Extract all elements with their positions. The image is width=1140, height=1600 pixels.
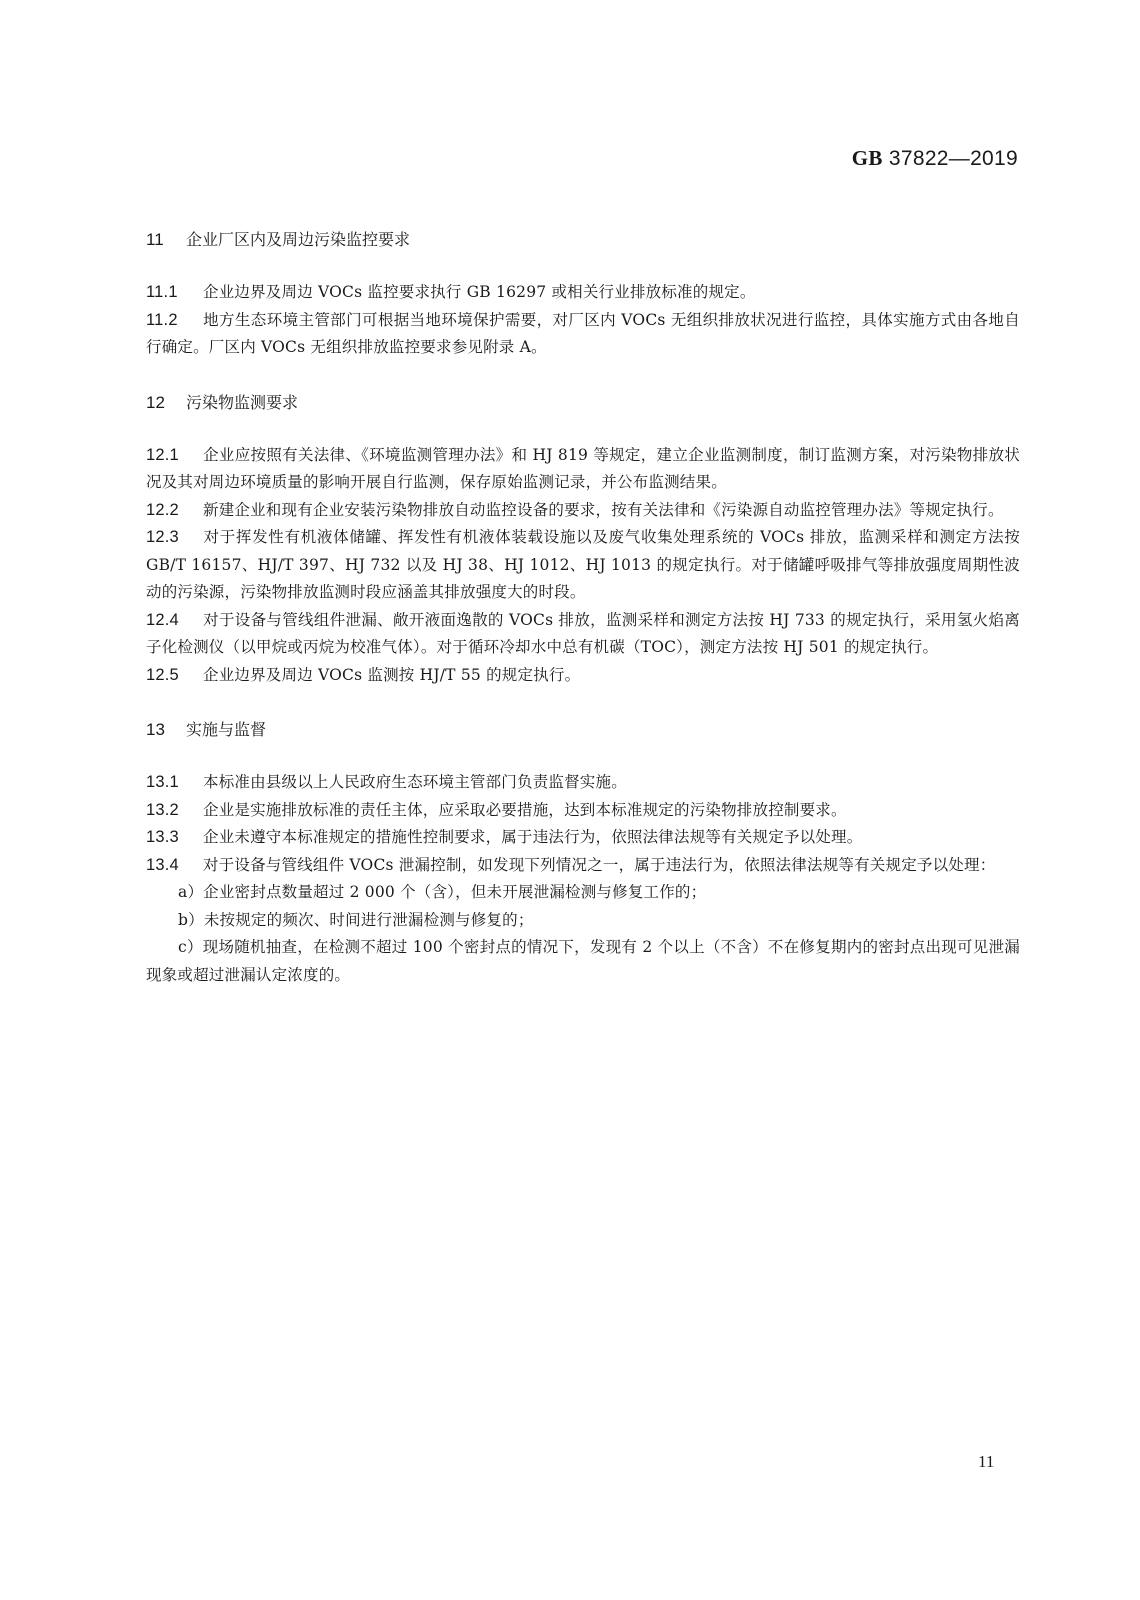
clause-text: 本标准由县级以上人民政府生态环境主管部门负责监督实施。	[203, 773, 627, 791]
clause-text: 企业应按照有关法律、《环境监测管理办法》和 HJ 819 等规定，建立企业监测制…	[146, 446, 1020, 492]
clause-12-3: 12.3对于挥发性有机液体储罐、挥发性有机液体装载设施以及废气收集处理系统的 V…	[146, 524, 1020, 607]
clause-12-1: 12.1企业应按照有关法律、《环境监测管理办法》和 HJ 819 等规定，建立企…	[146, 442, 1020, 497]
clause-number: 11.2	[146, 307, 203, 335]
clause-number: 12.2	[146, 497, 203, 525]
clause-13-3: 13.3企业未遵守本标准规定的措施性控制要求，属于违法行为，依照法律法规等有关规…	[146, 824, 1020, 852]
page-number: 11	[978, 1452, 994, 1472]
section-number: 13	[146, 715, 186, 745]
list-item-c: c）现场随机抽查，在检测不超过 100 个密封点的情况下，发现有 2 个以上（不…	[146, 934, 1020, 989]
clause-13-2: 13.2企业是实施排放标准的责任主体，应采取必要措施，达到本标准规定的污染物排放…	[146, 797, 1020, 825]
section-heading-11: 11企业厂区内及周边污染监控要求	[146, 225, 1020, 255]
clause-12-4: 12.4对于设备与管线组件泄漏、敞开液面逸散的 VOCs 排放，监测采样和测定方…	[146, 607, 1020, 662]
standard-code: GB 37822—2019	[852, 146, 1018, 171]
clause-text: 对于挥发性有机液体储罐、挥发性有机液体装载设施以及废气收集处理系统的 VOCs …	[146, 528, 1020, 601]
clause-number: 12.4	[146, 607, 203, 635]
document-body: 11企业厂区内及周边污染监控要求 11.1企业边界及周边 VOCs 监控要求执行…	[146, 225, 1020, 989]
section-number: 12	[146, 388, 186, 418]
clause-12-2: 12.2新建企业和现有企业安装污染物排放自动监控设备的要求，按有关法律和《污染源…	[146, 497, 1020, 525]
clause-text: 对于设备与管线组件泄漏、敞开液面逸散的 VOCs 排放，监测采样和测定方法按 H…	[146, 611, 1020, 657]
section-heading-13: 13实施与监督	[146, 715, 1020, 745]
clause-number: 13.4	[146, 852, 203, 880]
clause-13-1: 13.1本标准由县级以上人民政府生态环境主管部门负责监督实施。	[146, 769, 1020, 797]
clause-11-2: 11.2地方生态环境主管部门可根据当地环境保护需要，对厂区内 VOCs 无组织排…	[146, 307, 1020, 362]
standard-code-prefix: GB	[852, 146, 883, 170]
clause-number: 12.5	[146, 662, 203, 690]
section-title: 实施与监督	[186, 720, 266, 739]
section-title: 污染物监测要求	[186, 393, 298, 412]
clause-text: 新建企业和现有企业安装污染物排放自动监控设备的要求，按有关法律和《污染源自动监控…	[203, 501, 1004, 519]
section-heading-12: 12污染物监测要求	[146, 388, 1020, 418]
clause-number: 11.1	[146, 279, 203, 307]
clause-text: 企业是实施排放标准的责任主体，应采取必要措施，达到本标准规定的污染物排放控制要求…	[203, 801, 847, 819]
section-number: 11	[146, 225, 186, 255]
standard-code-number: 37822—2019	[883, 147, 1018, 170]
clause-number: 13.1	[146, 769, 203, 797]
clause-text: 企业边界及周边 VOCs 监控要求执行 GB 16297 或相关行业排放标准的规…	[203, 283, 756, 301]
clause-number: 13.3	[146, 824, 203, 852]
clause-text: 企业边界及周边 VOCs 监测按 HJ/T 55 的规定执行。	[203, 666, 580, 684]
clause-number: 13.2	[146, 797, 203, 825]
clause-number: 12.3	[146, 524, 203, 552]
clause-11-1: 11.1企业边界及周边 VOCs 监控要求执行 GB 16297 或相关行业排放…	[146, 279, 1020, 307]
list-item-a: a）企业密封点数量超过 2 000 个（含），但未开展泄漏检测与修复工作的；	[146, 879, 1020, 907]
clause-text: 企业未遵守本标准规定的措施性控制要求，属于违法行为，依照法律法规等有关规定予以处…	[203, 828, 862, 846]
section-title: 企业厂区内及周边污染监控要求	[186, 230, 410, 249]
list-item-b: b）未按规定的频次、时间进行泄漏检测与修复的；	[146, 907, 1020, 935]
clause-12-5: 12.5企业边界及周边 VOCs 监测按 HJ/T 55 的规定执行。	[146, 662, 1020, 690]
clause-number: 12.1	[146, 442, 203, 470]
clause-text: 对于设备与管线组件 VOCs 泄漏控制，如发现下列情况之一，属于违法行为，依照法…	[203, 856, 995, 874]
clause-text: 地方生态环境主管部门可根据当地环境保护需要，对厂区内 VOCs 无组织排放状况进…	[146, 311, 1020, 357]
clause-13-4: 13.4对于设备与管线组件 VOCs 泄漏控制，如发现下列情况之一，属于违法行为…	[146, 852, 1020, 880]
